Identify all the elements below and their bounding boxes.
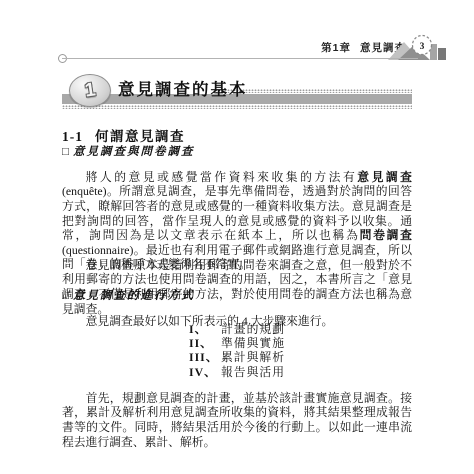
section-heading: 1-1何謂意見調查	[62, 125, 185, 145]
subsection-heading-2: □意見調查的進行方式	[62, 287, 194, 303]
step-numeral: I、	[189, 322, 221, 336]
paragraph-1: 將人的意見或感覺當作資料來收集的方法有意見調查(enquête)。所謂意見調查，…	[62, 170, 412, 272]
paragraph-1-text: 將人的意見或感覺當作資料來收集的方法有	[86, 170, 358, 184]
step-label: 準備與實施	[221, 336, 285, 350]
subsection-title-1: 意見調查與問卷調查	[73, 146, 195, 158]
step-numeral: III、	[189, 350, 221, 364]
subsection-title-2: 意見調查的進行方式	[73, 290, 195, 302]
book-page: 第1章意見調查 3 1 意見調查的基本 1-1何謂意見調查 □意見調查與問卷調查…	[0, 0, 474, 474]
step-label: 累計與解析	[221, 350, 285, 364]
step-label: 報告與活用	[221, 365, 285, 379]
section-title: 何謂意見調查	[95, 129, 185, 144]
chapter-number-badge: 1	[69, 74, 111, 107]
steps-list: I、計畫的規劃 II、準備與實施 III、累計與解析 IV、報告與活用	[62, 322, 412, 379]
step-item-1: I、計畫的規劃	[189, 322, 285, 336]
header-rule	[62, 58, 418, 59]
square-bullet-icon: □	[62, 146, 69, 158]
step-numeral: IV、	[189, 365, 221, 379]
skyline-decoration: 3	[388, 32, 450, 64]
square-bullet-icon: □	[62, 290, 69, 302]
bold-term-enquete: 意見調查	[357, 170, 412, 184]
step-numeral: II、	[189, 336, 221, 350]
chapter-number: 1	[83, 79, 97, 102]
section-number: 1-1	[62, 129, 83, 144]
step-item-4: IV、報告與活用	[189, 365, 285, 379]
step-item-3: III、累計與解析	[189, 350, 285, 364]
step-item-2: II、準備與實施	[189, 336, 285, 350]
chapter-title: 意見調查的基本	[118, 76, 248, 100]
bold-term-questionnaire: 問卷調查	[360, 228, 412, 242]
building-shape-dark	[438, 48, 446, 60]
running-header-chapter-label: 第1章	[321, 42, 351, 54]
subsection-heading-1: □意見調查與問卷調查	[62, 143, 194, 159]
page-number: 3	[420, 42, 425, 52]
paragraph-3: 首先，規劃意見調查的計畫，並基於該計畫實施意見調查。接著，累計及解析利用意見調查…	[62, 391, 412, 449]
step-label: 計畫的規劃	[221, 322, 285, 336]
